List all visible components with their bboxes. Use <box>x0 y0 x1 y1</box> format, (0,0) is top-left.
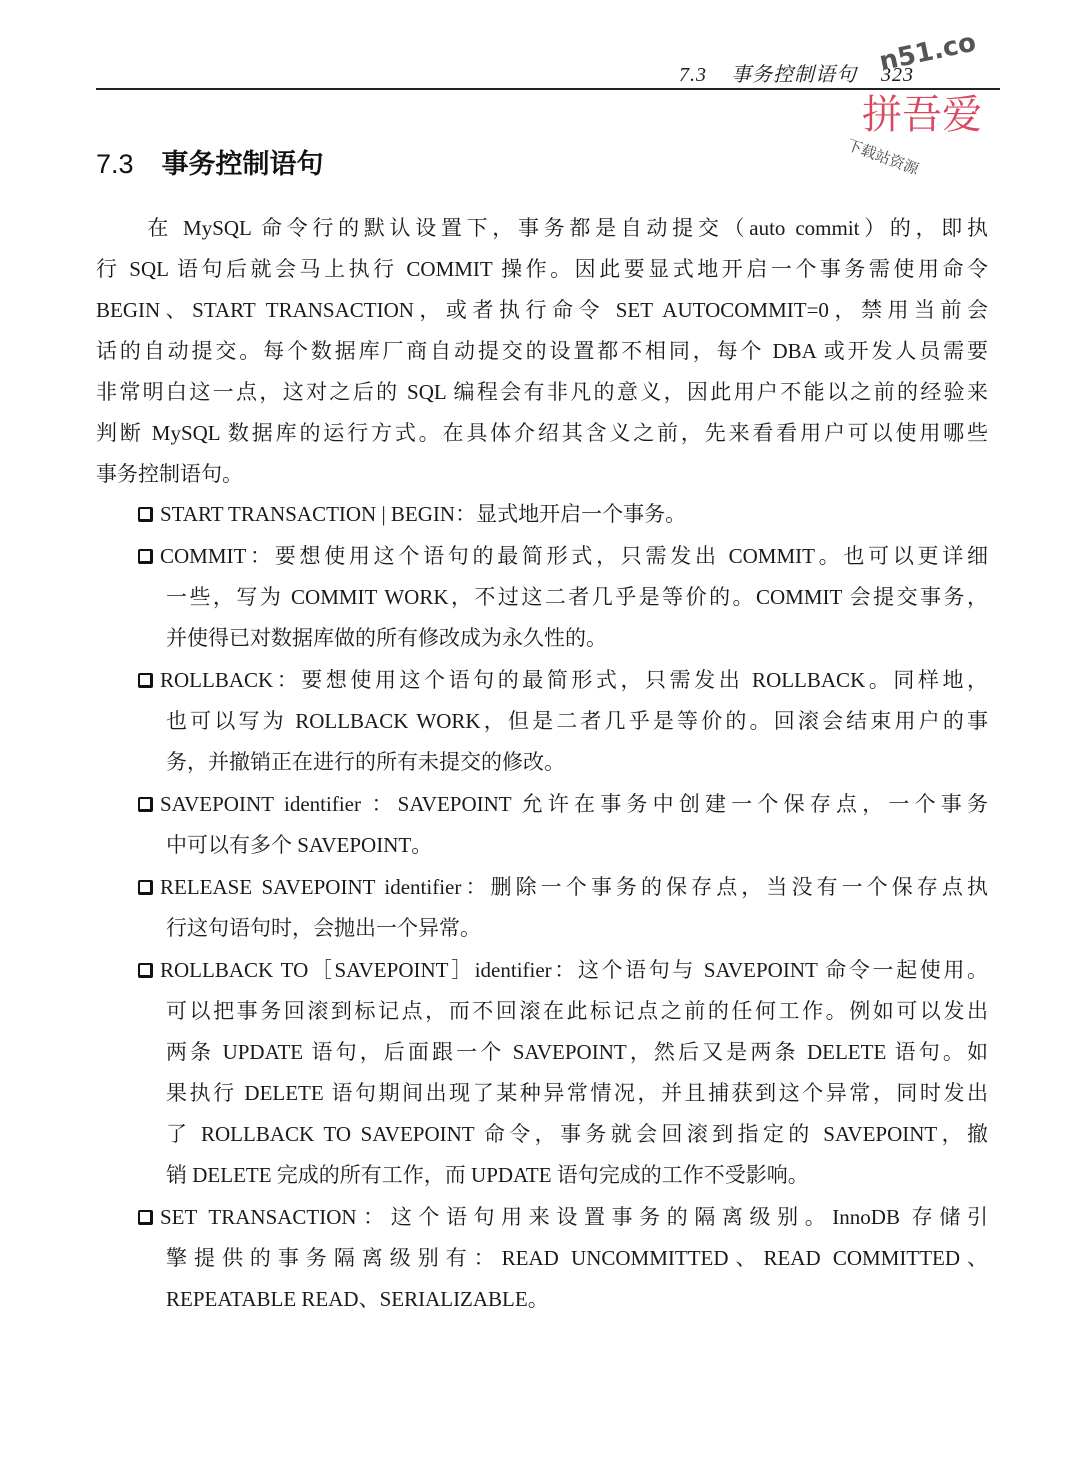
text-line: 在 MySQL 命令行的默认设置下，事务都是自动提交（auto commit）的… <box>96 208 988 249</box>
checkbox-bullet-icon <box>138 507 153 522</box>
header-section-number: 7.3 <box>679 64 707 86</box>
header-section-name: 事务控制语句 <box>731 64 857 86</box>
checkbox-bullet-icon <box>138 1210 153 1225</box>
intro-paragraph: 在 MySQL 命令行的默认设置下，事务都是自动提交（auto commit）的… <box>96 208 988 495</box>
checkbox-bullet-icon <box>138 797 153 812</box>
list-item-start-transaction: START TRANSACTION | BEGIN：显式地开启一个事务。 <box>138 494 988 535</box>
checkbox-bullet-icon <box>138 963 153 978</box>
text-line: 话的自动提交。每个数据库厂商自动提交的设置都不相同，每个 DBA 或开发人员需要 <box>96 331 988 372</box>
section-number: 7.3 <box>96 149 134 179</box>
statement-list: START TRANSACTION | BEGIN：显式地开启一个事务。 COM… <box>138 494 988 1321</box>
list-item-release-savepoint: RELEASE SAVEPOINT identifier：删除一个事务的保存点，… <box>138 867 988 949</box>
watermark-center-text: 拼吾爱 <box>862 92 982 138</box>
section-title: 7.3事务控制语句 <box>96 142 324 181</box>
list-item-rollback: ROLLBACK：要想使用这个语句的最简形式，只需发出 ROLLBACK。同样地… <box>138 660 988 783</box>
list-item-commit: COMMIT：要想使用这个语句的最简形式，只需发出 COMMIT。也可以更详细 … <box>138 536 988 659</box>
checkbox-bullet-icon <box>138 673 153 688</box>
list-item-savepoint: SAVEPOINT identifier ：SAVEPOINT 允许在事务中创建… <box>138 784 988 866</box>
list-item-set-transaction: SET TRANSACTION：这个语句用来设置事务的隔离级别。InnoDB 存… <box>138 1197 988 1320</box>
text-line: BEGIN、START TRANSACTION，或者执行命令 SET AUTOC… <box>96 290 988 331</box>
text-line: 非常明白这一点，这对之后的 SQL 编程会有非凡的意义，因此用户不能以之前的经验… <box>96 372 988 413</box>
watermark-stamp-icon: n51.co 拼吾爱 下载站资源 <box>840 18 1020 188</box>
section-heading: 事务控制语句 <box>162 149 324 179</box>
text-line: 行 SQL 语句后就会马上执行 COMMIT 操作。因此要显式地开启一个事务需使… <box>96 249 988 290</box>
list-item-rollback-to-savepoint: ROLLBACK TO［SAVEPOINT］identifier：这个语句与 S… <box>138 950 988 1196</box>
checkbox-bullet-icon <box>138 880 153 895</box>
svg-text:n51.co: n51.co <box>877 28 979 78</box>
checkbox-bullet-icon <box>138 549 153 564</box>
text-line: 判断 MySQL 数据库的运行方式。在具体介绍其含义之前，先来看看用户可以使用哪… <box>96 413 988 454</box>
svg-text:下载站资源: 下载站资源 <box>844 136 922 179</box>
text-line: 事务控制语句。 <box>96 454 988 495</box>
